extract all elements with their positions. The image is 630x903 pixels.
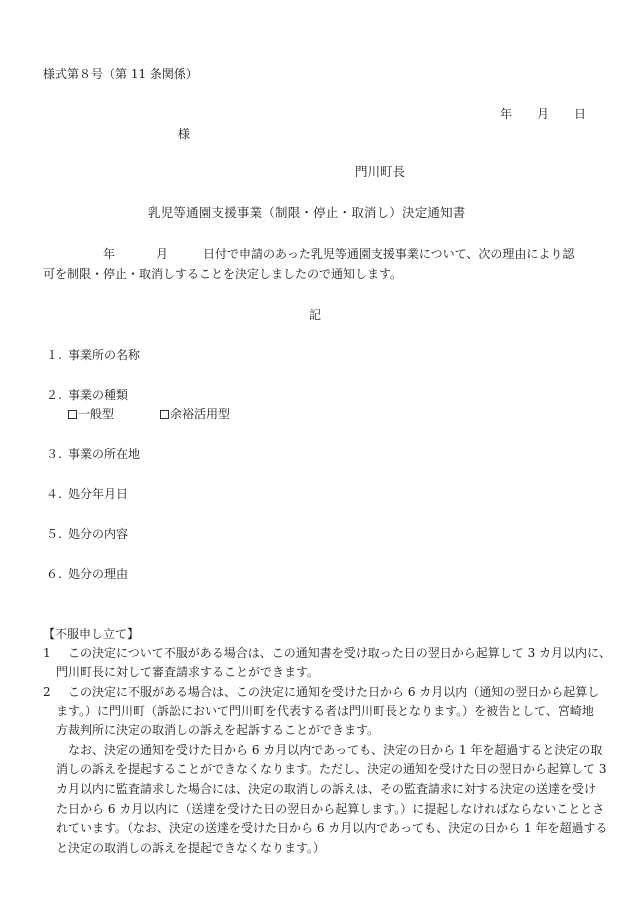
item-disposition-content: ５.処分の内容 bbox=[46, 528, 128, 540]
option-surplus-utilization-type[interactable]: 余裕活用型 bbox=[160, 408, 230, 420]
item-label: 処分の理由 bbox=[68, 567, 128, 581]
appeal-note-line-2: 消しの訴えを提起することができなくなります。ただし、決定の通知を受けた日の翌日か… bbox=[56, 763, 607, 775]
date-year-label: 年 bbox=[500, 108, 512, 120]
item-number: ３. bbox=[46, 448, 68, 460]
appeal-paragraph-1-line-2: 門川町長に対して審査請求することができます。 bbox=[56, 666, 319, 678]
body-year-label: 年 bbox=[103, 248, 115, 260]
item-disposition-reason: ６.処分の理由 bbox=[46, 568, 128, 580]
appeal-note-line-5: れています。（なお、決定の送達を受けた日から 6 カ月以内であっても、決定の日か… bbox=[56, 822, 607, 834]
item-label: 事業の種類 bbox=[68, 388, 128, 402]
appeal-note-line-4: た日から 6 カ月以内に（送達を受けた日の翌日から起算します。）に提起しなければ… bbox=[56, 803, 604, 815]
item-disposition-date: ４.処分年月日 bbox=[46, 488, 128, 500]
date-month-label: 月 bbox=[537, 108, 549, 120]
appeal-paragraph-2-line-3: 方裁判所に決定の取消しの訴えを起訴することができます。 bbox=[56, 724, 379, 736]
item-number: １. bbox=[46, 349, 68, 361]
business-type-options: 一般型 余裕活用型 bbox=[68, 408, 114, 421]
body-month-label: 月 bbox=[156, 248, 168, 260]
appeal-note-line-6: と決定の取消しの訴えを提起できなくなります。） bbox=[56, 842, 325, 854]
item-facility-name: １.事業所の名称 bbox=[46, 349, 140, 361]
appeal-note-line-1: なお、決定の通知を受けた日から 6 カ月以内であっても、決定の日から 1 年を超… bbox=[68, 744, 602, 756]
option-label: 一般型 bbox=[78, 408, 114, 420]
item-number: ６. bbox=[46, 568, 68, 580]
paragraph-number: 1 bbox=[43, 647, 51, 659]
item-number: ２. bbox=[46, 389, 68, 401]
paragraph-number: 2 bbox=[43, 686, 51, 698]
item-label: 処分の内容 bbox=[68, 527, 128, 541]
option-label: 余裕活用型 bbox=[170, 408, 230, 420]
document-title: 乳児等通園支援事業（制限・停止・取消し）決定通知書 bbox=[148, 207, 466, 220]
paragraph-text: この決定について不服がある場合は、この通知書を受け取った日の翌日から起算して 3… bbox=[68, 647, 611, 659]
appeal-note-line-3: カ月以内に監査請求した場合には、決定の取消しの訴えは、その監査請求に対する決定の… bbox=[56, 783, 596, 795]
item-business-type: ２.事業の種類 bbox=[46, 389, 128, 401]
appeal-paragraph-2-line-2: ます。）に門川町（訴訟において門川町を代表する者は門川町長となります。）を被告と… bbox=[56, 705, 594, 717]
body-text-line-2: 可を制限・停止・取消しすることを決定しましたので通知します。 bbox=[43, 268, 402, 280]
form-number: 様式第８号（第 11 条関係） bbox=[43, 68, 198, 80]
item-facility-location: ３.事業の所在地 bbox=[46, 448, 140, 460]
ki-heading: 記 bbox=[309, 309, 321, 321]
date-day-label: 日 bbox=[574, 108, 586, 120]
body-text: 日付で申請のあった乳児等通園支援事業について、次の理由により認 bbox=[203, 248, 574, 260]
item-label: 事業の所在地 bbox=[68, 447, 140, 461]
item-label: 事業所の名称 bbox=[68, 348, 140, 362]
issuer-name: 門川町長 bbox=[355, 166, 405, 179]
checkbox-icon[interactable] bbox=[68, 410, 77, 419]
checkbox-icon[interactable] bbox=[160, 410, 169, 419]
item-number: ４. bbox=[46, 488, 68, 500]
item-label: 処分年月日 bbox=[68, 487, 128, 501]
recipient-suffix: 様 bbox=[178, 128, 190, 140]
option-general-type[interactable]: 一般型 bbox=[68, 408, 114, 420]
paragraph-text: この決定に不服がある場合は、この決定に通知を受けた日から 6 カ月以内（通知の翌… bbox=[68, 686, 599, 698]
item-number: ５. bbox=[46, 528, 68, 540]
appeal-heading: 【不服申し立て】 bbox=[43, 628, 139, 640]
